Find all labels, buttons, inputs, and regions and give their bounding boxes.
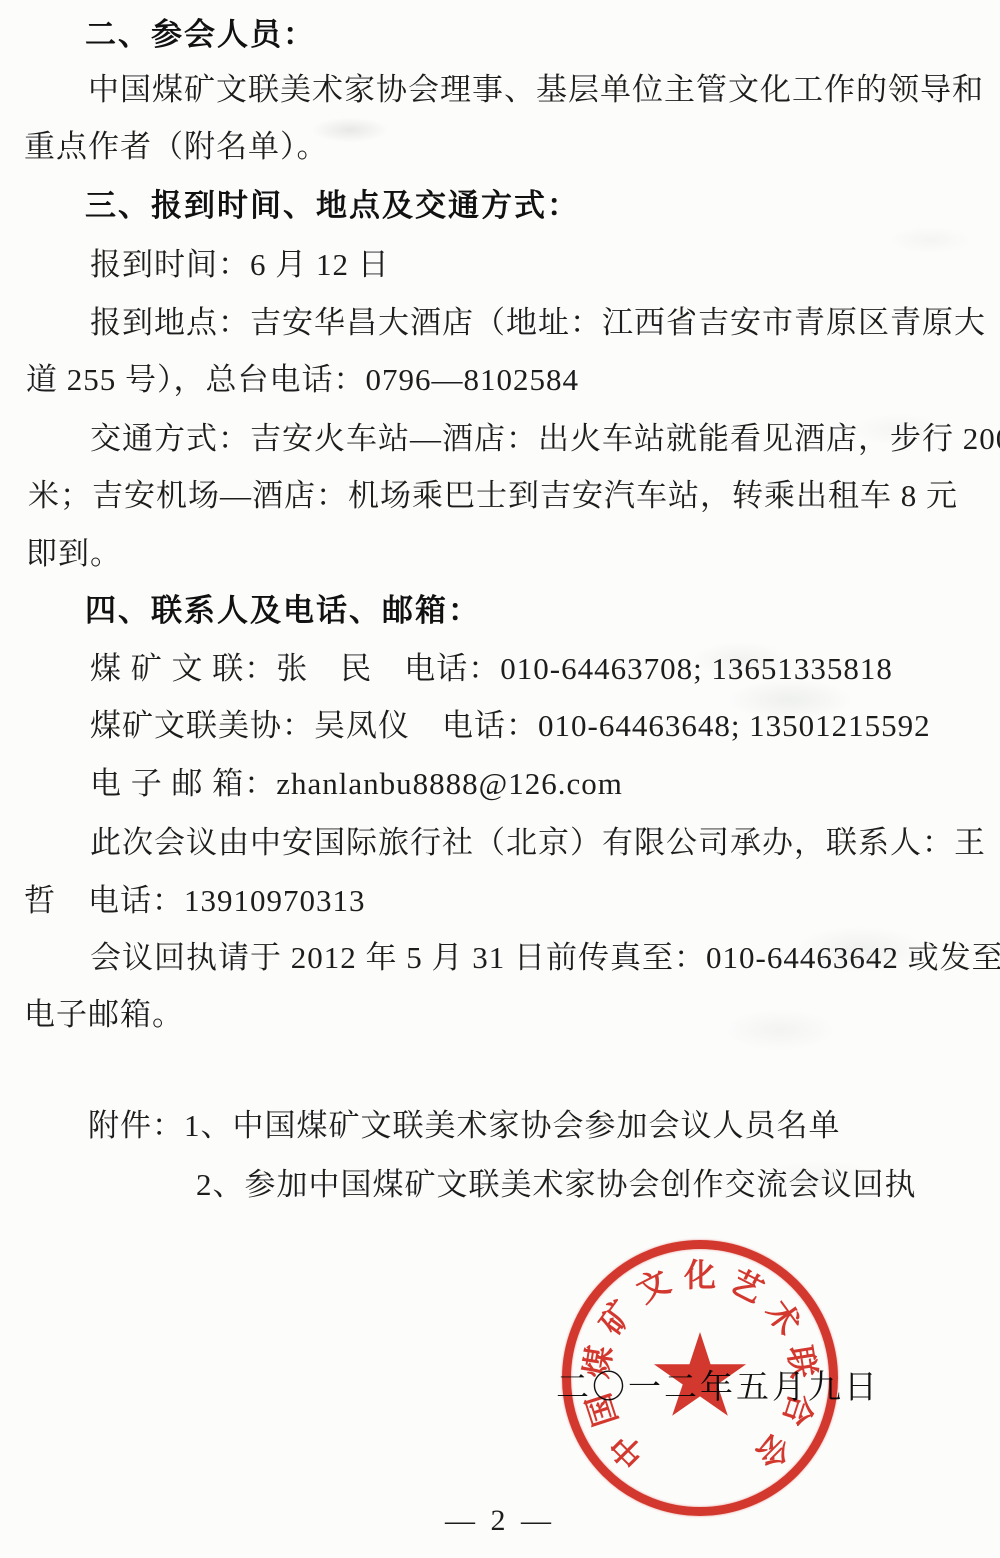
- paragraph-line-report-time: 报到时间：6 月 12 日: [90, 246, 390, 284]
- section-heading-contacts: 四、联系人及电话、邮箱：: [85, 592, 481, 630]
- section-heading-participants: 二、参会人员：: [85, 16, 316, 54]
- paragraph-line-fax-deadline: 会议回执请于 2012 年 5 月 31 日前传真至：010-64463642 …: [90, 939, 1000, 977]
- contact-line-email: 电 子 邮 箱：zhanlanbu8888@126.com: [90, 765, 623, 803]
- paragraph-line: 道 255 号），总台电话：0796—8102584: [26, 361, 579, 399]
- contact-line-meikuang-wenlian: 煤 矿 文 联：张 民 电话：010-64463708; 13651335818: [90, 650, 893, 688]
- official-seal: 中 国 煤 矿 文 化 艺 术 联 合 会: [562, 1240, 838, 1516]
- scanned-document-page: 二、参会人员： 中国煤矿文联美术家协会理事、基层单位主管文化工作的领导和 重点作…: [0, 0, 1000, 1558]
- paragraph-line-transport: 交通方式：吉安火车站—酒店：出火车站就能看见酒店，步行 200: [90, 420, 1000, 458]
- paragraph-line-organizer: 此次会议由中安国际旅行社（北京）有限公司承办，联系人：王: [90, 824, 986, 862]
- page-number: — 2 —: [0, 1504, 1000, 1538]
- paragraph-line: 中国煤矿文联美术家协会理事、基层单位主管文化工作的领导和: [88, 71, 984, 109]
- attachment-line-2: 2、参加中国煤矿文联美术家协会创作交流会议回执: [196, 1166, 917, 1204]
- paragraph-line: 重点作者（附名单）。: [24, 128, 329, 166]
- contact-line-meixie: 煤矿文联美协：吴凤仪 电话：010-64463648; 13501215592: [90, 707, 931, 745]
- seal-char: 煤: [575, 1339, 621, 1385]
- section-heading-registration: 三、报到时间、地点及交通方式：: [85, 187, 580, 225]
- paragraph-line-report-place: 报到地点：吉安华昌大酒店（地址：江西省吉安市青原区青原大: [90, 304, 986, 342]
- seal-char: 化: [680, 1255, 720, 1295]
- paragraph-line: 电子邮箱。: [24, 996, 184, 1034]
- attachment-line-1: 附件：1、中国煤矿文联美术家协会参加会议人员名单: [88, 1107, 841, 1145]
- paragraph-line: 米；吉安机场—酒店：机场乘巴士到吉安汽车站，转乘出租车 8 元: [28, 477, 958, 515]
- paragraph-line: 哲 电话：13910970313: [24, 882, 366, 920]
- paragraph-line: 即到。: [26, 535, 122, 573]
- seal-char: 联: [779, 1339, 825, 1385]
